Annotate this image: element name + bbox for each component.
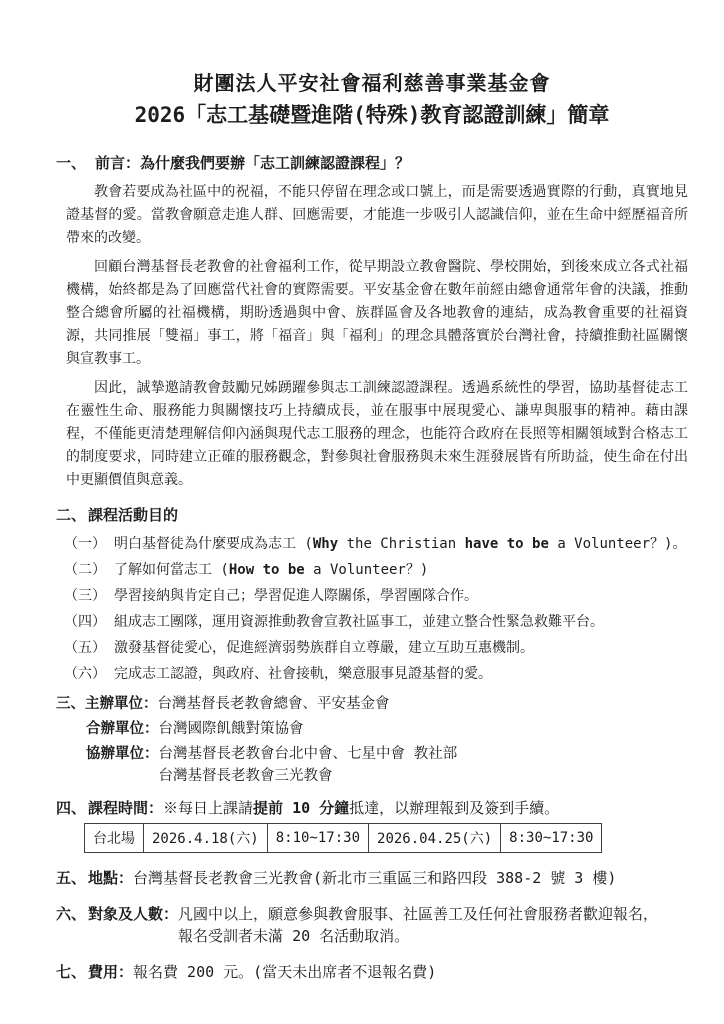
goal-5-number: （五） (64, 637, 106, 659)
assist-organizer-line-1: 台灣基督長老教會台北中會、七星中會 教社部 (159, 743, 458, 765)
assist-organizer-label: 協辦單位： (86, 743, 159, 787)
intro-paragraph-2: 回顧台灣基督長老教會的社會福利工作，從早期設立教會醫院、學校開始，到後來成立各式… (66, 256, 688, 371)
goal-3-text: 學習接納與肯定自己；學習促進人際關係，學習團隊合作。 (114, 585, 478, 607)
section-6-number: 六、 (56, 903, 86, 947)
section-4-number: 四、 (56, 799, 86, 817)
doc-subtitle: 2026「志工基礎暨進階(特殊)教育認證訓練」簡章 (56, 100, 688, 130)
goal-6-number: （六） (64, 663, 106, 685)
time-note-post: 抵達，以辦理報到及簽到手續。 (349, 799, 559, 817)
goal-2-part-bold: How to be (229, 562, 305, 578)
goal-2-part: a Volunteer？) (305, 562, 429, 578)
section-2-heading: 二、課程活動目的 (56, 504, 688, 526)
intro-paragraph-3: 因此，誠摯邀請教會鼓勵兄姊踴躍參與志工訓練認證課程。透過系統性的學習，協助基督徒… (66, 377, 688, 492)
audience-label: 對象及人數： (88, 903, 178, 947)
schedule-cell-date-1: 2026.4.18(六) (144, 824, 268, 853)
goal-item-4: （四） 組成志工團隊，運用資源推動教會宣教社區事工，並建立整合性緊急救難平台。 (64, 611, 688, 633)
goal-4-text: 組成志工團隊，運用資源推動教會宣教社區事工，並建立整合性緊急救難平台。 (114, 611, 604, 633)
goal-item-6: （六） 完成志工認證，與政府、社會接軌，樂意服事見證基督的愛。 (64, 663, 688, 685)
section-4-heading: 四、課程時間：※每日上課請提前 10 分鐘抵達，以辦理報到及簽到手續。 (56, 797, 688, 819)
organizer-row-co: 合辦單位： 台灣國際飢餓對策協會 (86, 718, 688, 740)
goal-5-text: 激發基督徒愛心，促進經濟弱勢族群自立尊嚴，建立互助互惠機制。 (114, 637, 534, 659)
goal-4-number: （四） (64, 611, 106, 633)
assist-organizer-value: 台灣基督長老教會台北中會、七星中會 教社部 台灣基督長老教會三光教會 (159, 743, 458, 787)
host-label: 主辦單位： (85, 693, 158, 715)
schedule-row: 台北場 2026.4.18(六) 8:10~17:30 2026.04.25(六… (85, 824, 602, 853)
location-value: 台灣基督長老教會三光教會(新北市三重區三和路四段 388-2 號 3 樓) (133, 867, 616, 889)
location-label: 地點： (88, 867, 133, 889)
section-4-label: 課程時間： (88, 799, 163, 817)
fee-label: 費用： (88, 961, 133, 983)
goal-item-3: （三） 學習接納與肯定自己；學習促進人際關係，學習團隊合作。 (64, 585, 688, 607)
goal-1-part: 明白基督徒為什麼要成為志工 ( (114, 536, 313, 552)
organizer-row-host: 三、 主辦單位： 台灣基督長老教會總會、平安基金會 (56, 693, 688, 715)
audience-line-1: 凡國中以上，願意參與教會服事、社區善工及任何社會服務者歡迎報名， (178, 903, 658, 925)
organizer-row-assist: 協辦單位： 台灣基督長老教會台北中會、七星中會 教社部 台灣基督長老教會三光教會 (86, 743, 688, 787)
co-organizer-label: 合辦單位： (86, 718, 159, 740)
goal-item-5: （五） 激發基督徒愛心，促進經濟弱勢族群自立尊嚴，建立互助互惠機制。 (64, 637, 688, 659)
schedule-cell-time-1: 8:10~17:30 (267, 824, 368, 853)
schedule-cell-time-2: 8:30~17:30 (501, 824, 602, 853)
time-note-pre: ※每日上課請 (163, 799, 253, 817)
audience-section: 六、 對象及人數： 凡國中以上，願意參與教會服事、社區善工及任何社會服務者歡迎報… (56, 903, 688, 947)
goal-1-part-bold: Why (313, 536, 338, 552)
goal-1-part: the Christian (338, 536, 464, 552)
section-1-title: 前言：為什麼我們要辦「志工訓練認證課程」？ (95, 154, 410, 172)
goal-2-text: 了解如何當志工 (How to be a Volunteer？) (114, 559, 428, 581)
goal-3-number: （三） (64, 585, 106, 607)
section-5-number: 五、 (56, 867, 86, 889)
schedule-cell-date-2: 2026.04.25(六) (369, 824, 501, 853)
host-value: 台灣基督長老教會總會、平安基金會 (158, 693, 390, 715)
section-2-number: 二、 (56, 506, 86, 524)
co-organizer-value: 台灣國際飢餓對策協會 (159, 718, 304, 740)
fee-section: 七、 費用： 報名費 200 元。(當天未出席者不退報名費) (56, 961, 688, 983)
intro-paragraph-1: 教會若要成為社區中的祝福，不能只停留在理念或口號上，而是需要透過實際的行動，真實… (66, 181, 688, 250)
fee-value: 報名費 200 元。(當天未出席者不退報名費) (133, 961, 436, 983)
audience-line-2: 報名受訓者未滿 20 名活動取消。 (178, 925, 658, 947)
section-1-heading: 一、前言：為什麼我們要辦「志工訓練認證課程」？ (56, 152, 688, 174)
schedule-table: 台北場 2026.4.18(六) 8:10~17:30 2026.04.25(六… (84, 823, 602, 853)
goal-item-1: （一） 明白基督徒為什麼要成為志工 (Why the Christian hav… (64, 533, 688, 555)
time-note-bold: 提前 10 分鐘 (253, 799, 349, 817)
goal-item-2: （二） 了解如何當志工 (How to be a Volunteer？) (64, 559, 688, 581)
goal-1-text: 明白基督徒為什麼要成為志工 (Why the Christian have to… (114, 533, 686, 555)
section-1-number: 一、 (56, 154, 86, 172)
section-2-title: 課程活動目的 (88, 506, 178, 524)
assist-organizer-line-2: 台灣基督長老教會三光教會 (159, 765, 458, 787)
goal-6-text: 完成志工認證，與政府、社會接軌，樂意服事見證基督的愛。 (114, 663, 492, 685)
document-page: 財團法人平安社會福利慈善事業基金會 2026「志工基礎暨進階(特殊)教育認證訓練… (0, 0, 724, 1024)
doc-title: 財團法人平安社會福利慈善事業基金會 (56, 70, 688, 96)
goal-2-part: 了解如何當志工 ( (114, 562, 229, 578)
organizer-section: 三、 主辦單位： 台灣基督長老教會總會、平安基金會 合辦單位： 台灣國際飢餓對策… (56, 693, 688, 787)
location-section: 五、 地點： 台灣基督長老教會三光教會(新北市三重區三和路四段 388-2 號 … (56, 867, 688, 889)
goal-1-part-bold: have to be (465, 536, 549, 552)
schedule-cell-venue: 台北場 (85, 824, 144, 853)
section-3-number: 三、 (56, 693, 85, 715)
goal-1-number: （一） (64, 533, 106, 555)
audience-value: 凡國中以上，願意參與教會服事、社區善工及任何社會服務者歡迎報名， 報名受訓者未滿… (178, 903, 658, 947)
section-7-number: 七、 (56, 961, 86, 983)
goal-list: （一） 明白基督徒為什麼要成為志工 (Why the Christian hav… (56, 533, 688, 685)
goal-1-part: a Volunteer？)。 (549, 536, 687, 552)
goal-2-number: （二） (64, 559, 106, 581)
